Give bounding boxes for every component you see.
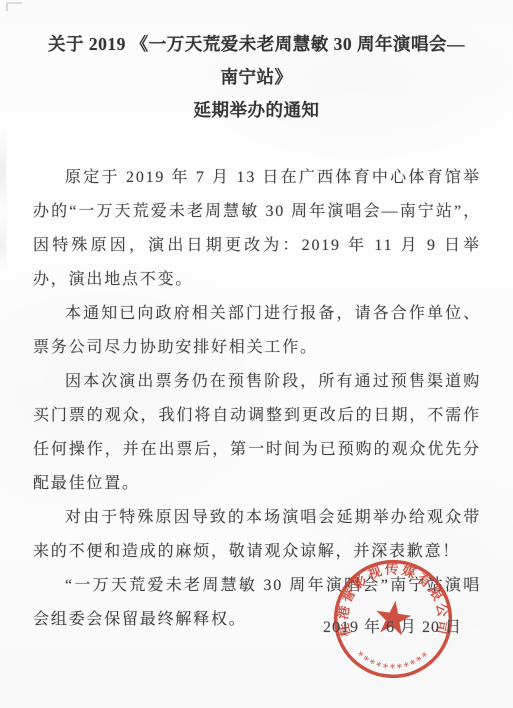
notice-title-line2: 延期举办的通知 — [40, 94, 473, 127]
scan-smudge-top-left — [6, 2, 22, 11]
notice-document-page: 关于 2019 《一万天荒爱未老周慧敏 30 周年演唱会—南宁站》 延期举办的通… — [0, 0, 513, 708]
notice-title-line1: 关于 2019 《一万天荒爱未老周慧敏 30 周年演唱会—南宁站》 — [40, 28, 473, 94]
notice-paragraph: 原定于 2019 年 7 月 13 日在广西体育中心体育馆举办的“一万天荒爱未老… — [33, 161, 481, 297]
notice-paragraph: 因本次演出票务仍在预售阶段，所有通过预售渠道购买门票的观众，我们将自动调整到更改… — [33, 365, 481, 501]
notice-title: 关于 2019 《一万天荒爱未老周慧敏 30 周年演唱会—南宁站》 延期举办的通… — [40, 28, 473, 127]
scan-smudge-left-edge — [0, 128, 6, 268]
issue-date: 2019 年 6 月 20 日 — [323, 614, 473, 637]
notice-paragraph: 本通知已向政府相关部门进行报备，请各合作单位、票务公司尽力协助安排好相关工作。 — [33, 297, 481, 365]
seal-serial-text: ＊＊＊＊＊＊＊＊＊＊＊ — [356, 650, 430, 671]
